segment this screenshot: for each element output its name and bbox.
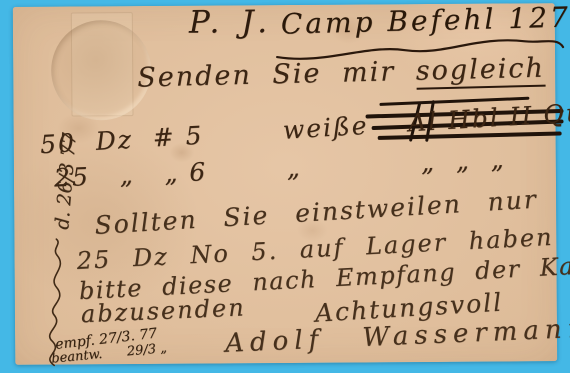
message-opening-line: Senden Sie mir sogleich: [137, 54, 545, 94]
underlined-word: sogleich: [415, 53, 545, 90]
side-note-text: d. 26/3 77: [52, 132, 81, 230]
scan-background: { "colors": { "background": "#44b8e6", "…: [0, 0, 570, 373]
signature: Adolf Wassermann: [225, 315, 570, 359]
sender-initials: P. J.: [189, 5, 273, 40]
message-line: abzusenden: [80, 294, 246, 327]
message-opening-text: Senden Sie mir: [137, 56, 416, 94]
postcard: P. J. Camp Befehl 127. Senden Sie mir so…: [13, 3, 557, 365]
